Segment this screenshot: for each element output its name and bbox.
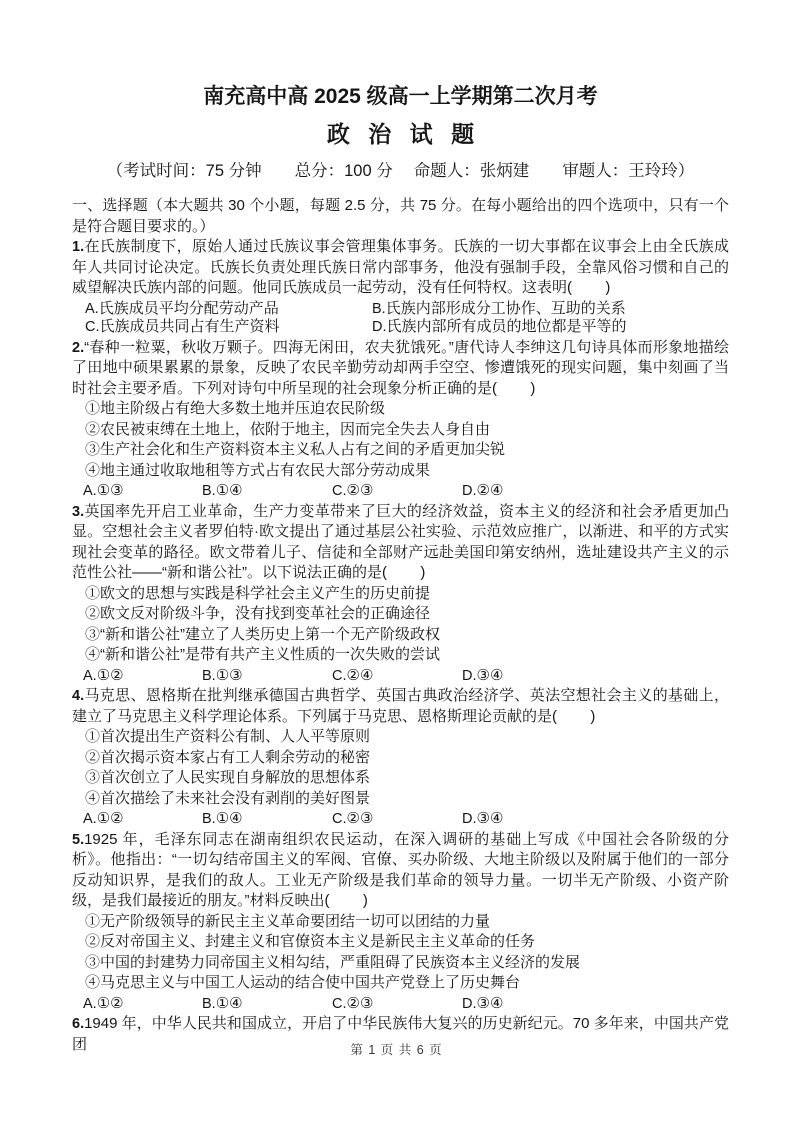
choice: A.氏族成员平均分配劳动产品	[85, 300, 372, 319]
choice-row: A.氏族成员平均分配劳动产品B.氏族内部形成分工协作、互助的关系C.氏族成员共同…	[72, 299, 729, 338]
question-number: 5.	[72, 832, 84, 848]
choice-label: A.	[83, 811, 97, 827]
choice-label: D.	[462, 483, 477, 499]
choice-label: B.	[372, 301, 386, 317]
choice-text: ①④	[216, 810, 243, 827]
choice-text: ②③	[347, 995, 374, 1012]
choice-text: 氏族成员平均分配劳动产品	[99, 300, 279, 317]
choice-row: A.①②B.①④C.②③D.③④	[72, 809, 729, 830]
question-items: ①无产阶级领导的新民主主义革命要团结一切可以团结的力量②反对帝国主义、封建主义和…	[72, 912, 729, 994]
question-stem: 在氏族制度下，原始人通过氏族议事会管理集体事务。氏族的一切大事都在议事会上由全氏…	[72, 238, 729, 296]
choice-label: D.	[462, 668, 477, 684]
question-item: ①欧文的思想与实践是科学社会主义产生的历史前提	[72, 584, 729, 605]
question-list: 1.在氏族制度下，原始人通过氏族议事会管理集体事务。氏族的一切大事都在议事会上由…	[72, 237, 729, 1055]
choice-text: ②③	[347, 810, 374, 827]
question-number: 1.	[72, 239, 84, 255]
choice-label: D.	[462, 811, 477, 827]
choice-text: 氏族内部形成分工协作、互助的关系	[386, 300, 626, 317]
choice-row: A.①②B.①④C.②③D.③④	[72, 994, 729, 1015]
choice-text: 氏族成员共同占有生产资料	[100, 318, 280, 335]
choice-row: A.①③B.①④C.②③D.②④	[72, 481, 729, 502]
choice-label: B.	[202, 483, 216, 499]
choice-label: A.	[83, 996, 97, 1012]
exam-info-line: （考试时间：75 分钟 总分：100 分 命题人：张炳建 审题人：王玲玲）	[72, 161, 729, 181]
question-stem-line: 2.“春种一粒粟，秋收万颗子。四海无闲田，农夫犹饿死。”唐代诗人李绅这几句诗具体…	[72, 338, 729, 400]
question-stem-line: 1.在氏族制度下，原始人通过氏族议事会管理集体事务。氏族的一切大事都在议事会上由…	[72, 237, 729, 299]
choice-label: C.	[332, 668, 347, 684]
choice-text: ③④	[477, 810, 504, 827]
choice-label: A.	[83, 483, 97, 499]
choice-text: ①②	[97, 810, 124, 827]
question-item: ④首次描绘了未来社会没有剥削的美好图景	[72, 789, 729, 810]
question: 3.英国率先开启工业革命，生产力变革带来了巨大的经济效益，资本主义的经济和社会矛…	[72, 502, 729, 687]
choice: B.①④	[202, 995, 332, 1014]
choice: D.③④	[462, 667, 729, 686]
question-stem: “春种一粒粟，秋收万颗子。四海无闲田，农夫犹饿死。”唐代诗人李绅这几句诗具体而形…	[72, 339, 729, 397]
choice-label: A.	[83, 668, 97, 684]
question-stem-line: 3.英国率先开启工业革命，生产力变革带来了巨大的经济效益，资本主义的经济和社会矛…	[72, 502, 729, 584]
choice-text: ①③	[97, 482, 124, 499]
choice-label: C.	[332, 996, 347, 1012]
question-item: ②反对帝国主义、封建主义和官僚资本主义是新民主主义革命的任务	[72, 932, 729, 953]
question-number: 2.	[72, 340, 84, 356]
choice: A.①③	[83, 482, 202, 501]
question-stem: 英国率先开启工业革命，生产力变革带来了巨大的经济效益，资本主义的经济和社会矛盾更…	[72, 503, 729, 582]
question-item: ②欧文反对阶级斗争，没有找到变革社会的正确途径	[72, 604, 729, 625]
question: 4.马克思、恩格斯在批判继承德国古典哲学、英国古典政治经济学、英法空想社会主义的…	[72, 686, 729, 830]
question-item: ④地主通过收取地租等方式占有农民大部分劳动成果	[72, 461, 729, 482]
choice-label: D.	[372, 319, 387, 335]
choice: C.②④	[332, 667, 462, 686]
choice: D.②④	[462, 482, 729, 501]
choice-row: A.①②B.①③C.②④D.③④	[72, 666, 729, 687]
question-number: 3.	[72, 504, 84, 520]
choice-label: C.	[332, 483, 347, 499]
choice: D.③④	[462, 810, 729, 829]
question-stem-line: 4.马克思、恩格斯在批判继承德国古典哲学、英国古典政治经济学、英法空想社会主义的…	[72, 686, 729, 727]
choice-label: B.	[202, 668, 216, 684]
choice-text: ②④	[477, 482, 504, 499]
choice: C.②③	[332, 810, 462, 829]
choice-text: ①④	[216, 995, 243, 1012]
choice-text: ①②	[97, 995, 124, 1012]
question-items: ①欧文的思想与实践是科学社会主义产生的历史前提②欧文反对阶级斗争，没有找到变革社…	[72, 584, 729, 666]
choice: A.①②	[83, 995, 202, 1014]
section-heading: 一、选择题（本大题共 30 个小题，每题 2.5 分，共 75 分。在每小题给出…	[72, 196, 729, 237]
choice-text: ①②	[97, 667, 124, 684]
question-item: ①无产阶级领导的新民主主义革命要团结一切可以团结的力量	[72, 912, 729, 933]
choice-label: C.	[85, 319, 100, 335]
choice-label: A.	[85, 301, 99, 317]
exam-subject-title: 政 治 试 题	[78, 119, 729, 149]
exam-header: 南充高中高 2025 级高一上学期第二次月考 政 治 试 题 （考试时间：75 …	[72, 84, 729, 181]
question-item: ③“新和谐公社”建立了人类历史上第一个无产阶级政权	[72, 625, 729, 646]
choice-text: ②④	[347, 667, 374, 684]
question-item: ②农民被束缚在土地上，依附于地主，因而完全失去人身自由	[72, 420, 729, 441]
choice-label: D.	[462, 996, 477, 1012]
question-item: ④“新和谐公社”是带有共产主义性质的一次失败的尝试	[72, 645, 729, 666]
question-number: 6.	[72, 1016, 84, 1032]
choice-text: ②③	[347, 482, 374, 499]
question-item: ③首次创立了人民实现自身解放的思想体系	[72, 768, 729, 789]
choice-text: 氏族内部所有成员的地位都是平等的	[387, 318, 627, 335]
choice: C.②③	[332, 995, 462, 1014]
choice: C.氏族成员共同占有生产资料	[85, 318, 372, 337]
choice-text: ①③	[216, 667, 243, 684]
choice-text: ③④	[477, 995, 504, 1012]
choice: D.③④	[462, 995, 729, 1014]
exam-body: 一、选择题（本大题共 30 个小题，每题 2.5 分，共 75 分。在每小题给出…	[72, 196, 729, 1055]
question-items: ①地主阶级占有绝大多数土地并压迫农民阶级②农民被束缚在土地上，依附于地主，因而完…	[72, 399, 729, 481]
question-item: ④马克思主义与中国工人运动的结合使中国共产党登上了历史舞台	[72, 973, 729, 994]
question-item: ③生产社会化和生产资料资本主义私人占有之间的矛盾更加尖锐	[72, 440, 729, 461]
choice: D.氏族内部所有成员的地位都是平等的	[372, 318, 729, 337]
question-stem: 马克思、恩格斯在批判继承德国古典哲学、英国古典政治经济学、英法空想社会主义的基础…	[72, 687, 729, 725]
choice: C.②③	[332, 482, 462, 501]
choice: B.①③	[202, 667, 332, 686]
page-number-footer: 第 1 页 共 6 页	[0, 1042, 793, 1058]
exam-paper-page: 南充高中高 2025 级高一上学期第二次月考 政 治 试 题 （考试时间：75 …	[0, 0, 793, 1121]
choice: A.①②	[83, 810, 202, 829]
question-item: ①地主阶级占有绝大多数土地并压迫农民阶级	[72, 399, 729, 420]
question-stem-line: 5.1925 年，毛泽东同志在湖南组织农民运动，在深入调研的基础上写成《中国社会…	[72, 830, 729, 912]
question-item: ①首次提出生产资料公有制、人人平等原则	[72, 727, 729, 748]
question: 1.在氏族制度下，原始人通过氏族议事会管理集体事务。氏族的一切大事都在议事会上由…	[72, 237, 729, 338]
choice: B.①④	[202, 482, 332, 501]
question-number: 4.	[72, 688, 84, 704]
choice-label: B.	[202, 811, 216, 827]
question-stem: 1925 年，毛泽东同志在湖南组织农民运动，在深入调研的基础上写成《中国社会各阶…	[72, 831, 729, 910]
choice-text: ③④	[477, 667, 504, 684]
question-items: ①首次提出生产资料公有制、人人平等原则②首次揭示资本家占有工人剩余劳动的秘密③首…	[72, 727, 729, 809]
question-item: ③中国的封建势力同帝国主义相勾结，严重阻碍了民族资本主义经济的发展	[72, 953, 729, 974]
choice-label: C.	[332, 811, 347, 827]
choice: A.①②	[83, 667, 202, 686]
question: 2.“春种一粒粟，秋收万颗子。四海无闲田，农夫犹饿死。”唐代诗人李绅这几句诗具体…	[72, 338, 729, 502]
question: 5.1925 年，毛泽东同志在湖南组织农民运动，在深入调研的基础上写成《中国社会…	[72, 830, 729, 1015]
question-item: ②首次揭示资本家占有工人剩余劳动的秘密	[72, 748, 729, 769]
exam-title: 南充高中高 2025 级高一上学期第二次月考	[72, 84, 729, 110]
choice: B.①④	[202, 810, 332, 829]
choice-label: B.	[202, 996, 216, 1012]
choice: B.氏族内部形成分工协作、互助的关系	[372, 300, 729, 319]
choice-text: ①④	[216, 482, 243, 499]
